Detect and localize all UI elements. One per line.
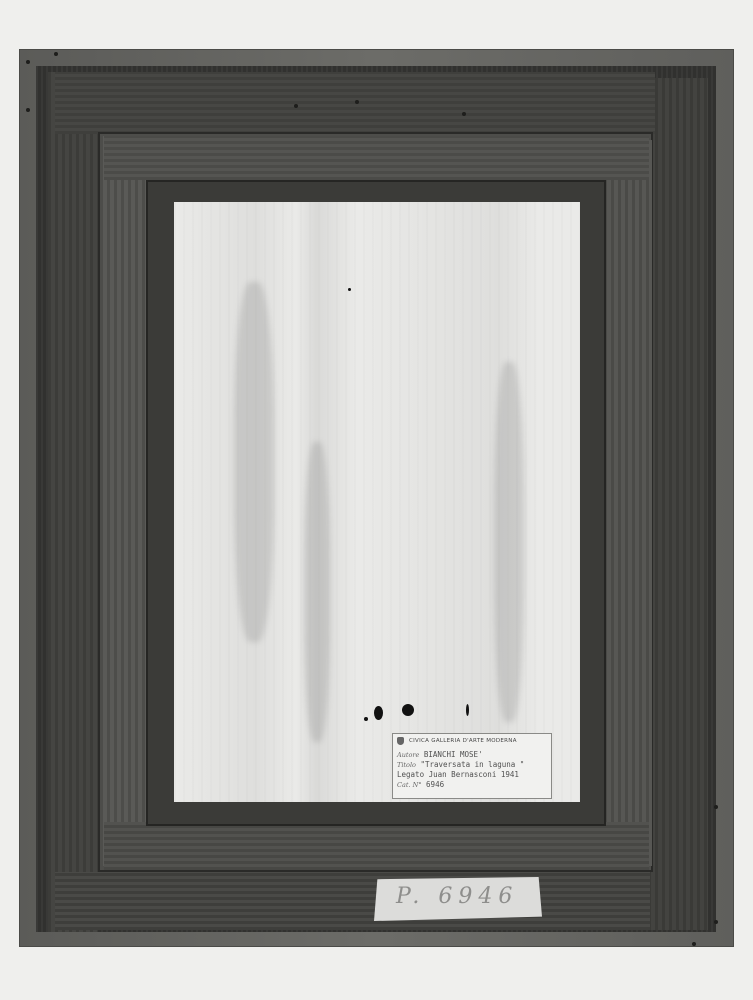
photograph: CIVICA GALLERIA D'ARTE MODERNA Autore BI…: [0, 0, 753, 1000]
dark-spot: [348, 288, 351, 291]
moulding-bottom-rail: [55, 872, 650, 930]
dark-spot: [466, 704, 469, 716]
pencil-inscription: P. 6946: [396, 884, 518, 909]
dark-spot: [402, 704, 414, 716]
moulding-right-rail: [648, 78, 708, 930]
stain: [494, 362, 524, 722]
label-title: Titolo "Traversata in laguna ": [397, 760, 547, 770]
label-catalog: Cat. N° 6946: [397, 780, 547, 790]
nail: [54, 52, 58, 56]
backing-board: [174, 202, 580, 802]
dark-spot: [374, 706, 383, 720]
dark-spot: [364, 717, 368, 721]
liner-bottom: [104, 822, 649, 870]
nail: [294, 104, 298, 108]
nail: [714, 920, 718, 924]
liner-left: [100, 136, 148, 866]
liner-right: [604, 140, 652, 866]
nail: [26, 60, 30, 64]
coat-of-arms-icon: [397, 737, 404, 745]
moulding-left-rail: [48, 72, 98, 932]
institution-name: CIVICA GALLERIA D'ARTE MODERNA: [409, 738, 517, 744]
liner-top: [104, 136, 649, 180]
nail: [692, 942, 696, 946]
nail: [462, 112, 466, 116]
label-author: Autore BIANCHI MOSE': [397, 750, 547, 760]
nail: [355, 100, 359, 104]
label-header: CIVICA GALLERIA D'ARTE MODERNA: [397, 737, 547, 745]
nail: [26, 108, 30, 112]
label-bequest: Legato Juan Bernasconi 1941: [397, 770, 547, 780]
nail: [714, 805, 718, 809]
museum-label: CIVICA GALLERIA D'ARTE MODERNA Autore BI…: [392, 733, 552, 799]
stain: [304, 442, 330, 742]
stain: [234, 282, 274, 642]
